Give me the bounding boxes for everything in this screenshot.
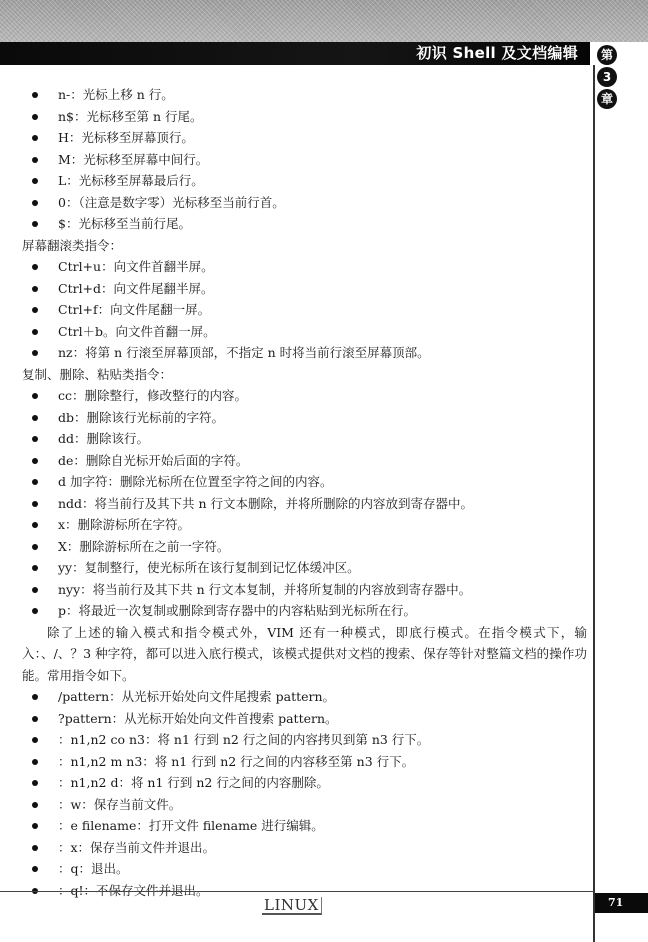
bullet-icon (32, 823, 38, 829)
list-item: de：删除自光标开始后面的字符。 (22, 450, 587, 472)
list-item: H：光标移至屏幕顶行。 (22, 127, 587, 149)
list-item: M：光标移至屏幕中间行。 (22, 149, 587, 171)
bullet-icon (32, 759, 38, 765)
bullet-icon (32, 866, 38, 872)
list-item: yy：复制整行，使光标所在该行复制到记忆体缓冲区。 (22, 557, 587, 579)
footer-rule (0, 891, 594, 892)
bullet-icon (32, 415, 38, 421)
list-item: $：光标移至当前行尾。 (22, 213, 587, 235)
bullet-icon (32, 694, 38, 700)
list-item: nyy：将当前行及其下共 n 行文本复制，并将所复制的内容放到寄存器中。 (22, 579, 587, 601)
chapter-tab-number: 3 (597, 67, 617, 87)
bullet-icon (32, 329, 38, 335)
list-item: Ctrl＋b。向文件首翻一屏。 (22, 321, 587, 343)
list-item: ?pattern：从光标开始处向文件首搜索 pattern。 (22, 708, 587, 730)
list-item: n-：光标上移 n 行。 (22, 84, 587, 106)
bullet-icon (32, 544, 38, 550)
bullet-icon (32, 307, 38, 313)
list-item: cc：删除整行，修改整行的内容。 (22, 385, 587, 407)
bullet-icon (32, 92, 38, 98)
chapter-tab: 第 3 章 (597, 45, 619, 109)
list-item: x：删除游标所在字符。 (22, 514, 587, 536)
list-item: ：e filename：打开文件 filename 进行编辑。 (22, 815, 587, 837)
body-paragraph: 除了上述的输入模式和指令模式外，VIM 还有一种模式，即底行模式。在指令模式下，… (22, 622, 587, 687)
list-item: dd：删除该行。 (22, 428, 587, 450)
list-item: ：q：退出。 (22, 858, 587, 880)
cursor-command-list: n-：光标上移 n 行。 n$：光标移至第 n 行尾。 H：光标移至屏幕顶行。 … (22, 84, 587, 235)
bullet-icon (32, 264, 38, 270)
header-title: 初识 Shell 及文档编辑 (416, 44, 578, 63)
list-item: nz：将第 n 行滚至屏幕顶部，不指定 n 时将当前行滚至屏幕顶部。 (22, 342, 587, 364)
bullet-icon (32, 501, 38, 507)
margin-rule (593, 65, 595, 942)
list-item: ndd：将当前行及其下共 n 行文本删除，并将所删除的内容放到寄存器中。 (22, 493, 587, 515)
bullet-icon (32, 458, 38, 464)
list-item: L：光标移至屏幕最后行。 (22, 170, 587, 192)
page-number: 71 (595, 893, 648, 913)
bullet-icon (32, 716, 38, 722)
bullet-icon (32, 350, 38, 356)
list-item: X：删除游标所在之前一字符。 (22, 536, 587, 558)
bullet-icon (32, 565, 38, 571)
bullet-icon (32, 114, 38, 120)
list-item: d 加字符：删除光标所在位置至字符之间的内容。 (22, 471, 587, 493)
bullet-icon (32, 221, 38, 227)
bullet-icon (32, 200, 38, 206)
bullet-icon (32, 479, 38, 485)
list-item: 0：（注意是数字零）光标移至当前行首。 (22, 192, 587, 214)
list-item: ：n1,n2 d：将 n1 行到 n2 行之间的内容删除。 (22, 772, 587, 794)
bullet-icon (32, 737, 38, 743)
bullet-icon (32, 845, 38, 851)
bullet-icon (32, 802, 38, 808)
bullet-icon (32, 587, 38, 593)
page-body: n-：光标上移 n 行。 n$：光标移至第 n 行尾。 H：光标移至屏幕顶行。 … (22, 84, 587, 901)
chapter-tab-char: 第 (597, 45, 617, 65)
list-item: p：将最近一次复制或删除到寄存器中的内容粘贴到光标所在行。 (22, 600, 587, 622)
list-item: Ctrl+d：向文件尾翻半屏。 (22, 278, 587, 300)
bullet-icon (32, 780, 38, 786)
bullet-icon (32, 135, 38, 141)
bullet-icon (32, 522, 38, 528)
running-header: 初识 Shell 及文档编辑 (0, 42, 590, 65)
list-item: db：删除该行光标前的字符。 (22, 407, 587, 429)
list-item: ：n1,n2 m n3：将 n1 行到 n2 行之间的内容移至第 n3 行下。 (22, 751, 587, 773)
edit-command-list: cc：删除整行，修改整行的内容。 db：删除该行光标前的字符。 dd：删除该行。… (22, 385, 587, 622)
list-item: ：n1,n2 co n3：将 n1 行到 n2 行之间的内容拷贝到第 n3 行下… (22, 729, 587, 751)
bullet-icon (32, 608, 38, 614)
footer-logo: LINUX (262, 897, 322, 915)
list-item: n$：光标移至第 n 行尾。 (22, 106, 587, 128)
list-item: ：x：保存当前文件并退出。 (22, 837, 587, 859)
bullet-icon (32, 436, 38, 442)
list-item: Ctrl+u：向文件首翻半屏。 (22, 256, 587, 278)
list-item: Ctrl+f：向文件尾翻一屏。 (22, 299, 587, 321)
bullet-icon (32, 157, 38, 163)
section-heading: 复制、删除、粘贴类指令： (22, 364, 587, 386)
list-item: ：w：保存当前文件。 (22, 794, 587, 816)
top-texture-band (0, 0, 648, 42)
section-heading: 屏幕翻滚类指令： (22, 235, 587, 257)
chapter-tab-char: 章 (597, 89, 617, 109)
bullet-icon (32, 178, 38, 184)
list-item: /pattern：从光标开始处向文件尾搜索 pattern。 (22, 686, 587, 708)
bullet-icon (32, 393, 38, 399)
bottom-line-command-list: /pattern：从光标开始处向文件尾搜索 pattern。 ?pattern：… (22, 686, 587, 901)
bullet-icon (32, 286, 38, 292)
scroll-command-list: Ctrl+u：向文件首翻半屏。 Ctrl+d：向文件尾翻半屏。 Ctrl+f：向… (22, 256, 587, 364)
